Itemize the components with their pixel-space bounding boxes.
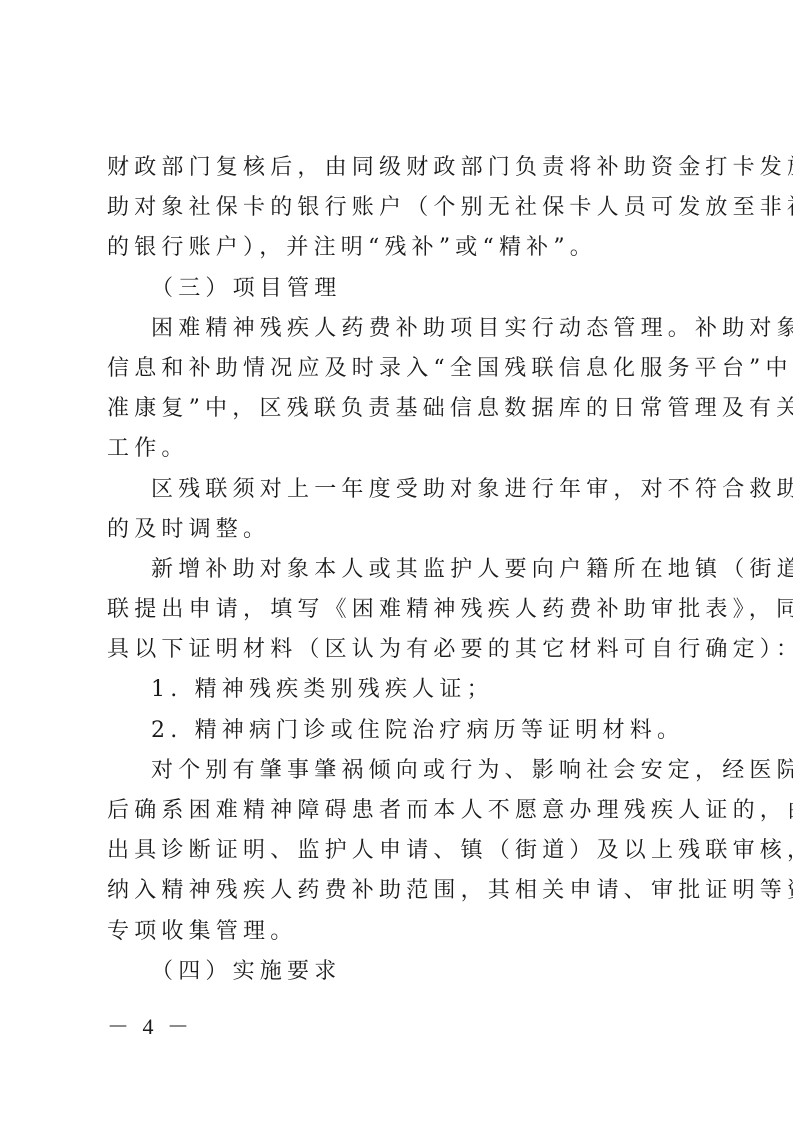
paragraph-line: 助对象社保卡的银行账户（个别无社保卡人员可发放至非社保卡 bbox=[107, 188, 693, 228]
paragraph-line: 出具诊断证明、监护人申请、镇（街道）及以上残联审核，应予 bbox=[107, 831, 693, 871]
paragraph-line: 区残联须对上一年度受助对象进行年审，对不符合救助条件 bbox=[107, 470, 693, 510]
paragraph-line: 工作。 bbox=[107, 429, 693, 469]
paragraph-line: 信息和补助情况应及时录入“全国残联信息化服务平台”中的“精 bbox=[107, 349, 693, 389]
document-body: 财政部门复核后，由同级财政部门负责将补助资金打卡发放至补 助对象社保卡的银行账户… bbox=[107, 148, 693, 992]
document-page: 财政部门复核后，由同级财政部门负责将补助资金打卡发放至补 助对象社保卡的银行账户… bbox=[0, 0, 793, 1122]
page-number: － 4 － bbox=[107, 1013, 193, 1041]
paragraph-line: 联提出申请，填写《困难精神残疾人药费补助审批表》，同时出 bbox=[107, 590, 693, 630]
paragraph-line: 新增补助对象本人或其监护人要向户籍所在地镇（街道）残 bbox=[107, 550, 693, 590]
list-item-1: 1. 精神残疾类别残疾人证； bbox=[107, 670, 693, 710]
paragraph-line: 财政部门复核后，由同级财政部门负责将补助资金打卡发放至补 bbox=[107, 148, 693, 188]
paragraph-line: 的及时调整。 bbox=[107, 510, 693, 550]
section-heading-4: （四）实施要求 bbox=[107, 952, 693, 992]
paragraph-line: 专项收集管理。 bbox=[107, 912, 693, 952]
paragraph-line: 的银行账户），并注明“残补”或“精补”。 bbox=[107, 228, 693, 268]
paragraph-line: 困难精神残疾人药费补助项目实行动态管理。补助对象基础 bbox=[107, 309, 693, 349]
paragraph-line: 纳入精神残疾人药费补助范围，其相关申请、审批证明等资料应 bbox=[107, 871, 693, 911]
section-heading-3: （三）项目管理 bbox=[107, 269, 693, 309]
paragraph-line: 具以下证明材料（区认为有必要的其它材料可自行确定）： bbox=[107, 630, 693, 670]
list-item-2: 2. 精神病门诊或住院治疗病历等证明材料。 bbox=[107, 711, 693, 751]
paragraph-line: 准康复”中，区残联负责基础信息数据库的日常管理及有关报送 bbox=[107, 389, 693, 429]
paragraph-line: 后确系困难精神障碍患者而本人不愿意办理残疾人证的，由医院 bbox=[107, 791, 693, 831]
paragraph-line: 对个别有肇事肇祸倾向或行为、影响社会安定，经医院鉴定 bbox=[107, 751, 693, 791]
